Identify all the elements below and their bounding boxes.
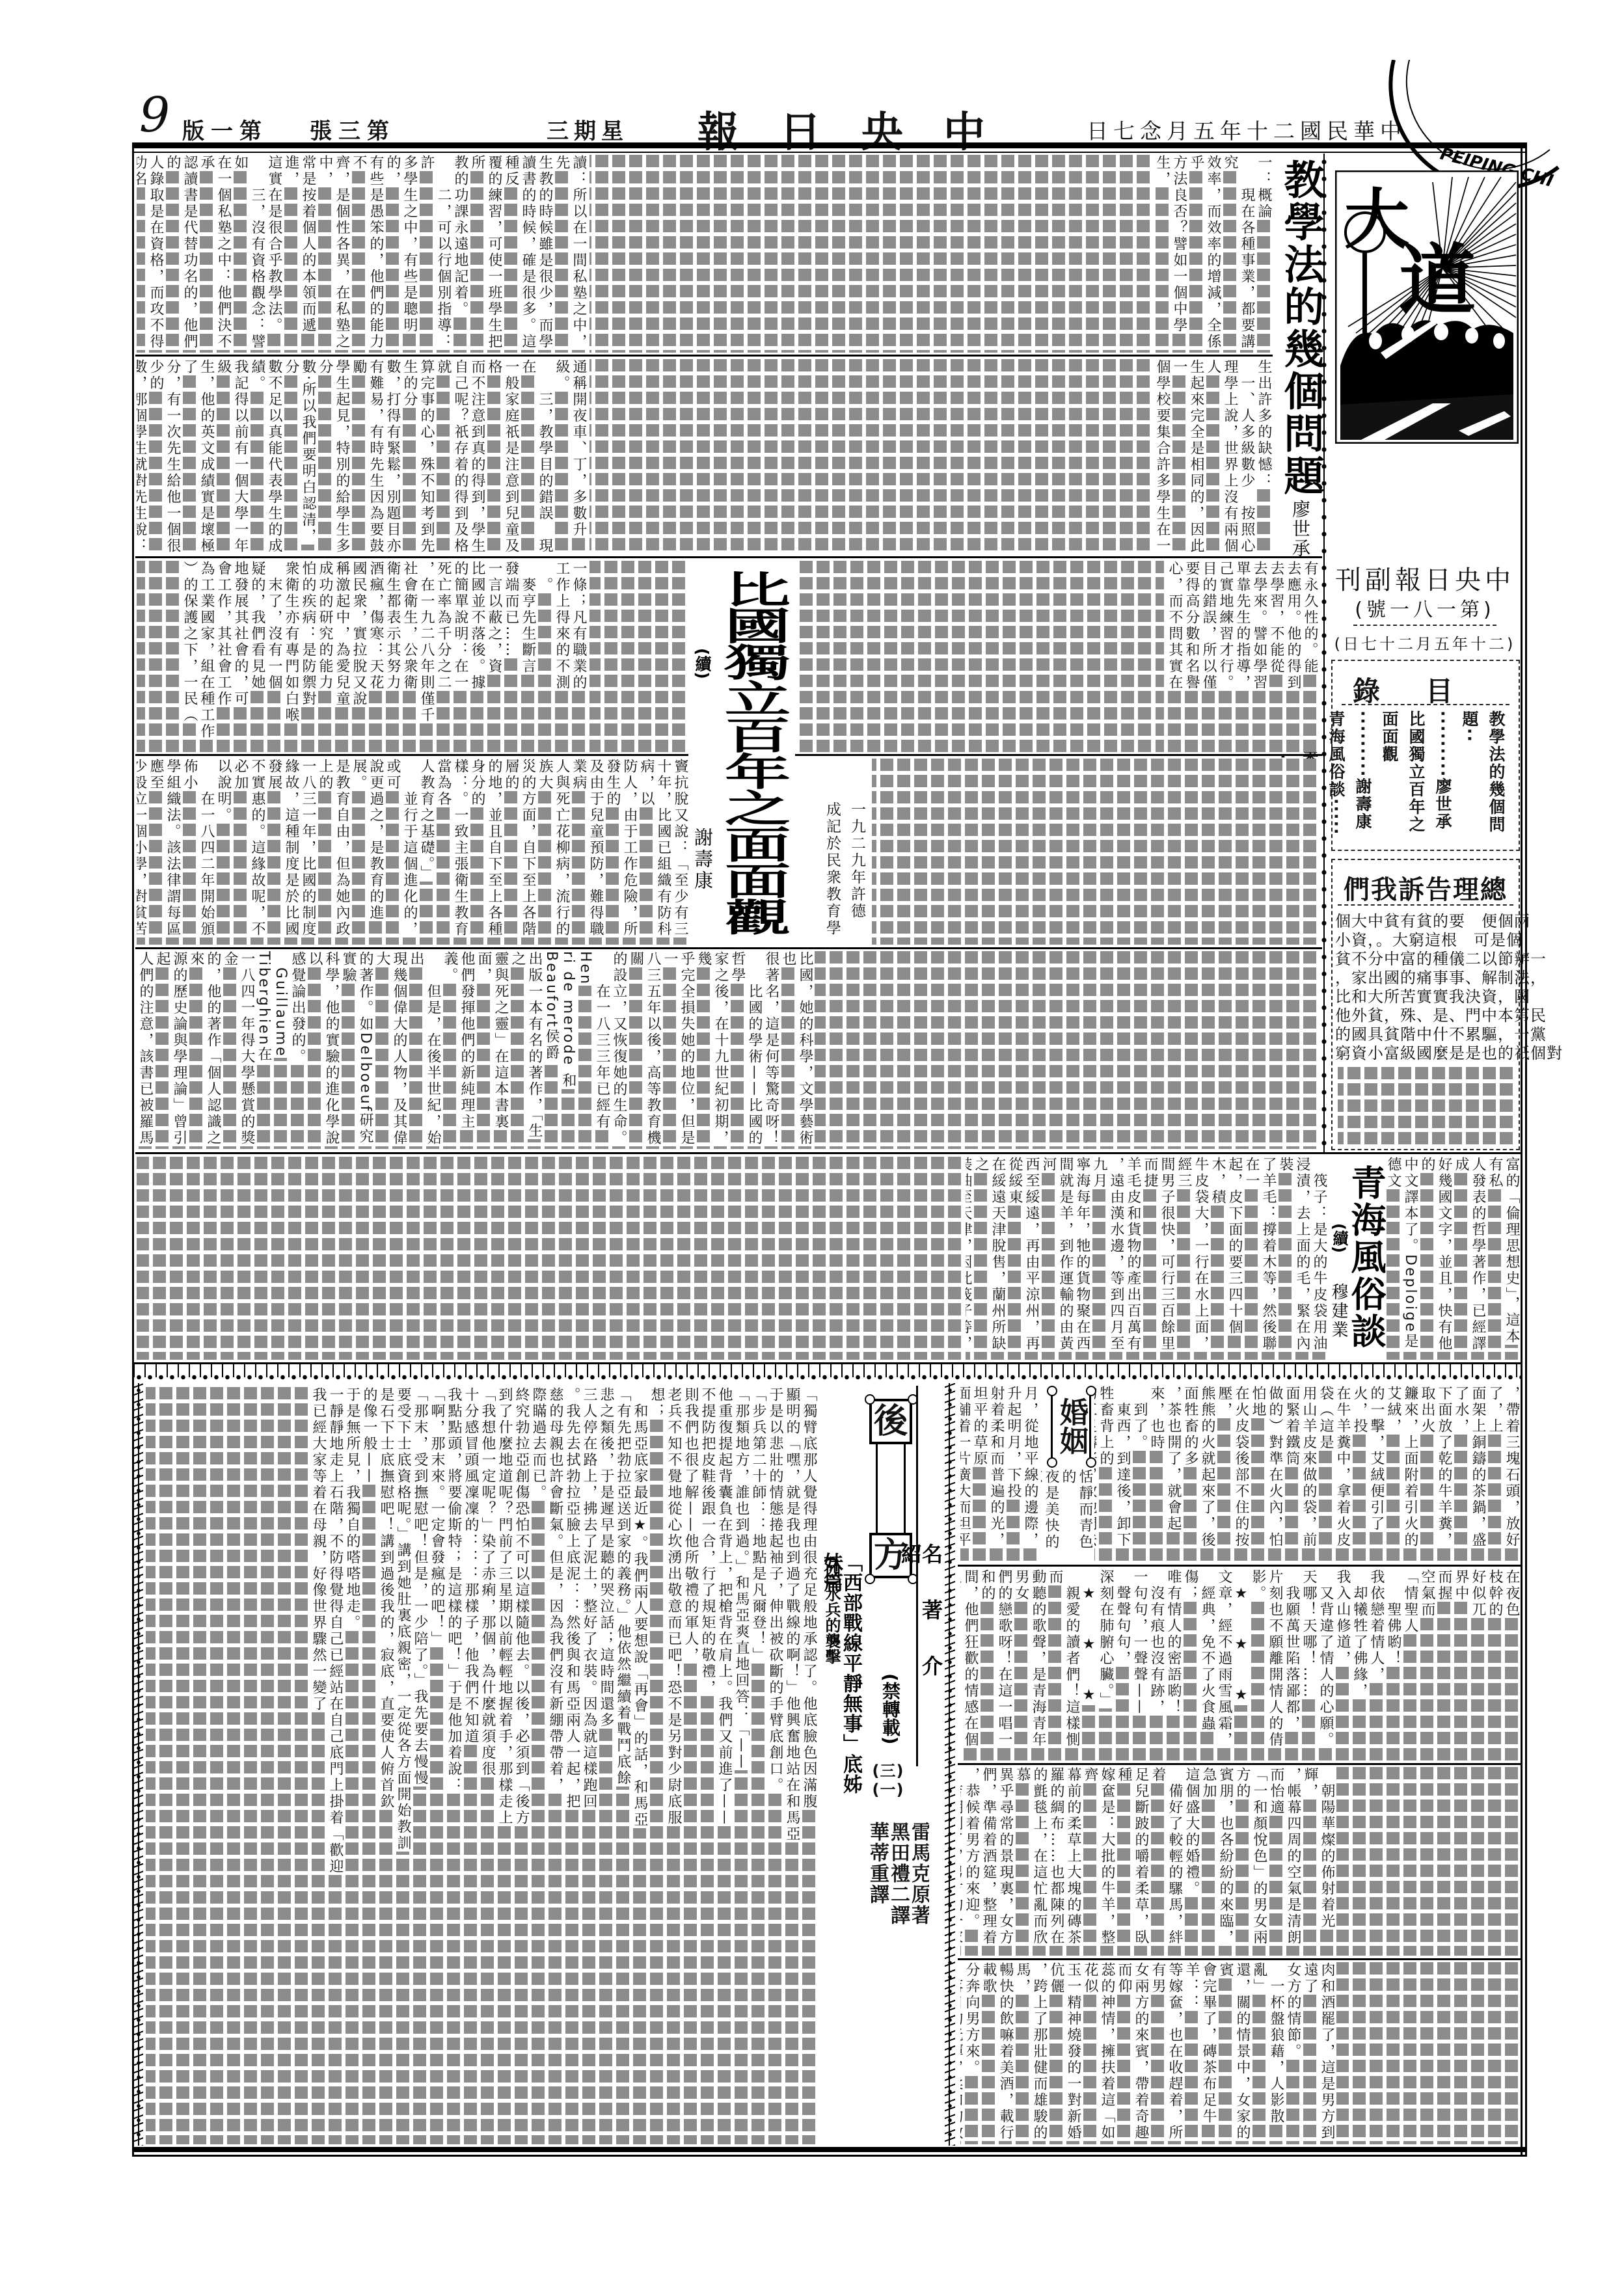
supplement-name-text: 中央日報副刊: [1335, 565, 1515, 595]
text-column: 空氣而: [1418, 1569, 1435, 1760]
text-column: 「我想他一定呢？」染了赤痢，那個，為什麼就須度很: [479, 1387, 496, 2144]
text-column: 算完事的心，殊不知考到先生的分: [401, 359, 435, 554]
text-column: 目的錯誤，所以僅: [1200, 561, 1217, 752]
qinghai-sub1: ，帶着三塊石頭，放好了，上面架上銅鑄的茶鍋，盛了水，下面放了乾的牛羊糞，取出火鐮…: [1094, 1386, 1520, 1563]
text-column: 己實地練習才行。: [1217, 561, 1234, 752]
text-column: 慈的母親也許會斷氣。但是，因為我們沒有新綳帶帶着，: [547, 1387, 563, 2144]
tier-divider: [135, 947, 1322, 949]
text-column: 他們發揮他們的新純理主義。: [441, 951, 475, 1149]
text-column: 又背違了情人的心願。: [1317, 1569, 1334, 1760]
text-column: 覆的練習，可使一班學生把所: [468, 155, 502, 353]
text-column: 下面放了乾的牛羊糞，取出火: [1418, 1386, 1452, 1563]
text-column: 起，皮下面的要三四十個木，積: [1209, 1157, 1243, 1360]
wavy-column-divider: [945, 1383, 955, 2146]
text-column: 于是以悲壯的情態捲起袖子，伸出被砍斷的手臂底創口。: [766, 1387, 783, 2144]
text-column: 到了。: [1131, 1386, 1148, 1563]
handwritten-page-mark: 9: [139, 91, 170, 139]
subtier-divider: [958, 1565, 1521, 1567]
text-column: 間就是羊，到作運輸的由黃河: [1040, 1157, 1074, 1360]
text-column: 親愛的讀者們！這樣惻而: [1046, 1569, 1080, 1760]
text-column: 「那末，受到撫慰吧！但是，一少陪了。」我先要去慢慢: [411, 1387, 428, 2144]
section-label: 第一版: [182, 113, 268, 145]
text-column: 面架上銅鑄的茶鍋，盛了水，: [1452, 1386, 1486, 1563]
text-column: 比國，她的科學，文學藝術也: [779, 951, 813, 1149]
text-column: 要得高分數和名譽: [1183, 561, 1200, 752]
text-column: 家之後，在十九世紀初期，幾: [695, 951, 729, 1149]
text-column: 足兒斷跛的嚼着柔草，臥種: [1115, 1767, 1149, 1956]
illegible-text-block: [1338, 1067, 1515, 1145]
text-column: 「啊，那末來。一定會發瘋的吧！」: [428, 1387, 445, 2144]
text-column: 學組織法。該法律謂每區應至: [147, 759, 181, 945]
text-column: 分，有一次先生給他一個很少的: [147, 359, 181, 554]
text-column: 三人停在路上，拂去了泥土，整好了衣裝。因為就這樣跑回: [580, 1387, 597, 2144]
text-column: 文章，經不過雨雪風霜，: [1215, 1569, 1232, 1760]
text-column: 動聽的歌聲，是青海青年男女: [1012, 1569, 1046, 1760]
section-label-masterpiece-intro: 名著介紹: [919, 1543, 941, 1758]
ad-body: 個大中貧有貧的要 便個兩小資，。大窮這根 可是個貧不分中富的種儀二以節辦一，家出…: [1335, 912, 1517, 1063]
ad-heading-text: 總理告訴我們: [1344, 875, 1508, 905]
ad-row: 個大中貧有貧的要 便個兩: [1335, 912, 1517, 931]
text-column: 肉和酒罷了，這是男方到遠了: [1301, 1962, 1335, 2144]
text-column: 成功的研究的能力: [316, 561, 333, 752]
text-column: ，在一九二八年則僅千: [418, 561, 435, 752]
text-column: 夜是美快的涼: [1041, 1469, 1059, 1563]
text-column: 女兩方的來賓，帶着奇趣而仰: [1115, 1962, 1149, 2144]
text-column: 說更過之，是教育的進展。: [350, 759, 384, 945]
text-column: 數不足以真能代表學生的成績。: [249, 359, 282, 554]
text-column: 還，關的情景中，女家的賓: [1217, 1962, 1251, 2144]
ornament-dot: [865, 1394, 875, 1405]
text-column: 了羊毛：撐着木等，然後聯在一: [1243, 1157, 1277, 1360]
text-column: 在夜色: [1503, 1569, 1520, 1760]
text-column: 靈與死之靈」在這本書裏面，: [475, 951, 509, 1149]
illegible-text-block: [589, 359, 1152, 554]
text-column: 但是，在後半世紀，始出: [407, 951, 441, 1149]
dadao-masthead-illustration: 大 道: [1335, 170, 1519, 444]
serial-title-hou: 後: [869, 1399, 912, 1444]
qinghai-sub4: 肉和酒罷了，這是男方到遠了女方的情節。 一杯盤狼藉，人影散亂」還，關的情景中，女…: [960, 1962, 1335, 2144]
text-column: 不實惠的。這緣故呢，不必加: [232, 759, 265, 945]
article-title-qinghai: 青海風俗談: [1347, 1165, 1383, 1353]
text-column: 比國的學術——比國的哲學: [729, 951, 763, 1149]
text-column: 蕊的神情，擁扶着這「如花似: [1081, 1962, 1115, 2144]
text-column: 顯明的「嘿，就是我也到過了戰線的啊！」他興奮地站在和馬亞: [783, 1387, 800, 2144]
masthead-char-dao: 道: [1399, 236, 1476, 325]
text-column: 用山羊皮來做的袋，前面緊着鐵筒: [1283, 1386, 1317, 1563]
text-column: 學生起見，特別的給學生多分: [316, 359, 350, 554]
text-column: 工作上得來的不測: [553, 561, 570, 752]
text-column: 。: [536, 561, 553, 752]
text-column: 一：概論: [1255, 155, 1272, 353]
text-column: 「那類地方，誰也到過。」和馬亞爽直地回答：「——: [733, 1387, 750, 2144]
text-column: 並行于這個進化的，或可: [384, 759, 418, 945]
text-column: 去學習，不能從: [1267, 561, 1284, 752]
text-column: ★ ★ ★: [1232, 1569, 1249, 1760]
article-author-teaching: 廖世承: [1286, 500, 1309, 558]
text-column: 緣故，這種制度是於比國發展: [265, 759, 299, 945]
teaching-tier2-right: 生出許多的缺憾： 一、人多級數少 按照心理學上說，世界上沒有兩個人生起來完全是相…: [1154, 359, 1272, 554]
text-column: 筏子：是大的牛皮袋用油: [1310, 1157, 1327, 1360]
text-column: 國民衆，實拉脫又說: [350, 561, 367, 752]
text-column: 人錄取是在資格，而攻不得功名: [137, 155, 164, 353]
text-column: 常是按着個人的本領而遞進，: [282, 155, 316, 353]
ornament-dot: [1047, 1386, 1057, 1396]
text-column: 于是無所見，我獨自的嗒嗒地走。: [344, 1387, 360, 2144]
toc-entry: ·········廖世承: [1429, 710, 1456, 846]
text-column: 在一八三三年已經有Hen: [576, 951, 610, 1149]
text-column: 悲之類後，于是遲早是聽的哭泣話；這時間還多: [597, 1387, 614, 2144]
text-column: 為工業國家，組在種工作: [198, 561, 215, 752]
text-column: ，遠由漢水邊，等到四月至九月: [1090, 1157, 1124, 1360]
text-column: 災的方面，自下至上各階層的: [502, 759, 536, 945]
supplement-issue: (第一八一號): [1330, 593, 1520, 622]
text-column: 在一八四二年開始頒佈小: [181, 759, 215, 945]
text-column: 一八四一年得大學懸賞的獎金: [221, 951, 255, 1149]
text-column: 他重復提起背囊負在背上，把槍背在肩上。我們又前進了——: [716, 1387, 733, 2144]
text-column: 的簡單說明：在一: [452, 561, 468, 752]
text-column: 少設立一個小學，對貧苦子弟: [137, 759, 147, 945]
text-column: 暢快的飲嘛着美酒，載行載歌: [980, 1962, 1014, 2144]
text-column: 數·所以我們要明白認清，分: [282, 359, 316, 554]
article-title-belgium-wrap: 比國獨立百年之面面觀: [713, 570, 789, 938]
credit-line: 華蒂重譯: [867, 1822, 887, 1952]
sheet-label: 第三張: [310, 113, 396, 145]
text-column: 疑的，我們看見她: [249, 561, 265, 752]
text-column: 女方的情節。: [1284, 1962, 1301, 2144]
text-column: 「情聖人: [1401, 1569, 1418, 1760]
subtier-divider: [958, 1763, 1521, 1765]
toc-entry: 比國獨立百年之面面觀: [1376, 710, 1429, 846]
text-column: 一靜靜地走上石階，不防得覺得自己已經站在自己底門上掛着「歡迎: [327, 1387, 344, 2144]
illegible-text-block: [872, 759, 1318, 945]
text-column: 的像一般——: [360, 1387, 377, 2144]
text-column: 末了，沒有一個: [265, 561, 282, 752]
supplement-issue-text: (第一八一號): [1355, 599, 1495, 621]
text-column: 和馬亞底家最近★。我們兩人要想說「再會」的話，和馬亞: [631, 1387, 648, 2144]
toc-list: 教學法的幾個問題···········廖世承比國獨立百年之面面觀········…: [1347, 710, 1509, 846]
text-column: 的三足鑄好，放牠們去休息吃草: [1094, 1386, 1097, 1563]
text-column: Guillaume Tiberghien在: [255, 951, 289, 1149]
right-border-outer: [1525, 142, 1527, 2157]
text-column: 一句句，一聲聲——: [1131, 1569, 1148, 1760]
title-bar: [876, 1444, 878, 1533]
ad-row: 比和大所苦實實我決資，國: [1335, 988, 1517, 1006]
text-column: 怕的疾病：是防禦對: [299, 561, 316, 752]
title-bar: [904, 1444, 906, 1533]
text-column: 終究勃拉亞創傷恐怕不可以這樣隨他去。以後，必須到「後方: [513, 1387, 530, 2144]
text-column: 「步兵第二十師：：地點是凡爾登！」: [750, 1387, 766, 2144]
newspaper-page: 9 第一版 第三張 星期三 中央日報 中華民國二十年五月念七日 PEIPING …: [0, 0, 1624, 2292]
text-column: ，恭候着男方的來迎。: [963, 1767, 980, 1956]
text-column: 老兵不知不覺地從心坎湧出敬意而已吧！恐不是另對少尉底服: [665, 1387, 682, 2144]
text-column: 幕前的柔草上大塊的磚茶: [1064, 1767, 1081, 1956]
credit-line: 黑田禮二譯: [887, 1822, 908, 1952]
text-column: 我已經大家等着在母親，好像世界驟然一變了: [310, 1387, 327, 2144]
ad-row: 的國具貧階中什不累驅，一黨: [1335, 1025, 1517, 1044]
illegible-text-block: [798, 561, 1153, 752]
text-column: ，茶也開了，就會起來，也時: [1148, 1386, 1182, 1563]
illegible-text-block: [815, 951, 1318, 1149]
text-column: ，跨上了那壯健而雄駿的馬，: [1014, 1962, 1048, 2144]
text-column: 稱激起中，為愛兒童: [333, 561, 350, 752]
text-column: 鐮來，上面附着引火的艾絨，: [1385, 1386, 1418, 1563]
tier-divider: [135, 1152, 1521, 1154]
article-title-teaching: 教學法的幾個問題: [1274, 159, 1321, 497]
qinghai-sub3: 朝陽華燦的佈射着光輝，，帳幕四周的空氣是清朗而怡適「一和顏悅色」的男女兩方的賓朋…: [960, 1767, 1335, 1956]
text-column: 成記於民衆教育學院: [819, 802, 845, 946]
ornament-dot: [1047, 1457, 1057, 1468]
tier-divider: [135, 556, 1322, 558]
text-column: 嫁奩是：大批的牛羊，整齊: [1081, 1767, 1115, 1956]
text-column: 生起來完全是相同的，因此一: [1171, 359, 1204, 554]
toc-heading-text: 目錄: [1353, 675, 1498, 707]
right-border: [1521, 142, 1522, 2157]
continued-mark-qinghai: (續): [1329, 1223, 1347, 1275]
text-column: 浸漬，去上面的毛，緊在內裝: [1277, 1157, 1310, 1360]
text-column: 防人，由于工作危險，所發生的: [604, 759, 638, 945]
tier-divider: [135, 355, 1273, 357]
text-column: 中文譯本了。Deploige是德文: [1385, 1157, 1418, 1360]
ad-row: 小資，。大窮這根 可是個: [1335, 931, 1517, 950]
text-column: 界中: [1452, 1569, 1469, 1760]
text-column: 現在各種事業，都要講究: [1221, 155, 1255, 353]
text-column: 一八三一年，比國的制度: [299, 759, 316, 945]
text-column: 間，他們狂歡的情感在個人周: [960, 1569, 979, 1760]
text-column: 單靠先生的指導，: [1234, 561, 1251, 752]
text-column: 裝油至天津，因此筏子等，也多藉: [966, 1157, 972, 1360]
text-column: 到了什麼地道呢？門前了三星期以前輕輕地握着手，那樣走上: [496, 1387, 513, 2144]
text-column: 天哪！天哪！……: [1300, 1569, 1317, 1760]
text-column: 「獨臂底那人覺得理由很充足般地承認了。他底臉色因滿腹: [800, 1387, 817, 2144]
text-column: 富的「倫理思想史」，這本有私: [1486, 1157, 1520, 1360]
text-column: 却犧牲了佛緣，: [1351, 1569, 1368, 1760]
text-column: 玉一精神燒發的一對新婚伉儷: [1048, 1962, 1081, 2144]
illegible-text-block: [589, 155, 1152, 353]
supplement-name: 中央日報副刊: [1330, 560, 1520, 597]
ad-row: ，家出國的痛事事、解制法，: [1335, 969, 1517, 988]
qinghai-tier6: 筏子：是大的牛皮袋用油浸漬，去上面的毛，緊在內裝了羊毛：撐着木等，然後聯在一起，…: [966, 1157, 1327, 1360]
text-column: 人們的注意，該書已被羅馬列: [137, 951, 154, 1149]
illegible-text-block: [1336, 1767, 1520, 1956]
tier-divider: [135, 754, 688, 756]
text-column: 則我們也很了解——他所敬禮的軍人，: [682, 1387, 699, 2144]
text-column: 聖佛喲！: [1385, 1569, 1401, 1760]
installment-line: (一): [872, 1781, 904, 1800]
text-column: 去應用。他的得到: [1284, 561, 1301, 752]
text-column: 十分感冒頭風凜凜的：：：那樣子，他我們不知道: [462, 1387, 479, 2144]
text-column: 「有先把勃拉亞送到家的義務。」他依然繼續着戰鬥底餘: [614, 1387, 631, 2144]
text-column: 自己呢？祇存着的得到及格就: [435, 359, 468, 554]
qinghai-sub2: 在夜色枝幹的好似兀界中而握空氣而「情聖人 聖佛喲！我依戀着情人， 却犧牲了佛緣，…: [960, 1569, 1520, 1760]
ad-heading: 總理告訴我們: [1331, 869, 1520, 906]
text-column: 感覺論出發的。: [289, 951, 306, 1149]
text-column: 多學生之中，有些是聰明的，: [384, 155, 418, 353]
text-column: 牛皮袋大，一行在水上面，經三: [1175, 1157, 1209, 1360]
text-column: 會完畢了，磚茶布足牛羊：：: [1183, 1962, 1217, 2144]
text-column: 枝幹的: [1486, 1569, 1503, 1760]
text-column: 羊毛皮和貨物的產出百萬有: [1124, 1157, 1141, 1360]
text-column: 很著名，這是何等驚奇呀！: [763, 951, 779, 1149]
illegible-text-block: [137, 1157, 963, 1360]
illegible-text-block: [589, 561, 687, 752]
article-author-qinghai: 穆建業: [1329, 1283, 1347, 1355]
text-column: 的，他的著作「個人認識之來: [187, 951, 221, 1149]
text-column: 的設立，又恢復她的生命。: [610, 951, 627, 1149]
text-column: 射着柔和而普遍的光，坦平的草原: [971, 1386, 1005, 1563]
text-column: 的一擊，艾絨便引了火，投: [1351, 1386, 1385, 1563]
ornament-dot: [865, 1574, 875, 1584]
text-column: 心，而不問其實在: [1166, 561, 1183, 752]
text-column: 而不注意到真的得到，學生: [468, 359, 485, 554]
subtier-divider: [958, 1958, 1521, 1960]
text-column: 出版一本有名的著作，「生之: [509, 951, 543, 1149]
qinghai-sub1-left: 月，從地平線的邊際，升起明月，下投射着柔和而普遍的光，坦平的草原面舖着一片廣大而…: [960, 1386, 1038, 1563]
text-column: 面舖着一片廣大而坦平的，松: [960, 1386, 971, 1563]
teaching-tier1-left: 讀：所以在一間私塾之中，先生教的時候雖是很少，而學讀書的時候，確是很多。這種反覆…: [137, 155, 587, 353]
text-column: 寧海每年，牠的貨物聚在西: [1074, 1157, 1090, 1360]
text-column: 賓朋，也各紛紛的來臨，急加: [1200, 1767, 1234, 1956]
houfang-body: 「獨臂底那人覺得理由很充足般地承認了。他底臉色因滿腹顯明的「嘿，就是我也到過了戰…: [146, 1387, 817, 2144]
toc-entry: 教學法的幾個問題··: [1456, 710, 1509, 846]
text-column: 竇抗脫又說：「至少有三: [671, 759, 688, 945]
text-column: ★ ★ ★: [1080, 1569, 1097, 1760]
text-column: 我入山修道，: [1334, 1569, 1351, 1760]
ad-row: 窮資小富級國麼是是也的祇個對: [1335, 1044, 1517, 1063]
credit-line: 雷馬克原著: [908, 1822, 929, 1952]
ornament-dot: [1086, 1386, 1096, 1396]
teaching-end-note: 一九二九年許德成記於民衆教育學院: [819, 802, 869, 946]
installment-number: (三)(一): [872, 1762, 904, 1800]
decorative-arrow-band: [133, 1362, 1521, 1382]
text-column: 不提防把皮鞋後跟一合，行了規矩的敬禮，: [699, 1387, 716, 2144]
serial-credits: 雷馬克原著黑田禮二譯華蒂重譯: [867, 1822, 929, 1952]
continued-mark-belgium: (續): [691, 648, 710, 707]
text-column: 及由于兒童預防，難得職業病: [570, 759, 604, 945]
text-column: 際瞞過去而已。: [530, 1387, 547, 2144]
newspaper-masthead: 中央日報: [697, 99, 1025, 159]
text-column: 在牛羊糞中，拿着火皮袋（這是: [1317, 1386, 1351, 1563]
text-column: 會工作，其社會工作: [215, 561, 232, 752]
article-title-belgium: 比國獨立百年之面面觀: [717, 570, 785, 938]
ad-row: 貧不分中富的種儀二以節辦一: [1335, 950, 1517, 969]
text-column: 要受下士底資格呢。」講到她肚裏底親密，一定從各方面開始教訓: [394, 1387, 411, 2144]
wavy-divider: [1338, 904, 1513, 906]
text-column: 吉期到了，男方的一家族: [960, 1767, 963, 1956]
text-column: 十年，比國已組織有防科病，以: [638, 759, 671, 945]
ad-row: 他外貧，殊、是、門中本第民: [1335, 1006, 1517, 1025]
top-rule: [133, 142, 1526, 148]
text-column: 分奔向男方來。: [963, 1962, 980, 2144]
text-column: 唯有情人的密語喲！: [1165, 1569, 1182, 1760]
text-column: 而握: [1435, 1569, 1452, 1760]
text-column: 數，那個學生就對先生說：總: [137, 359, 147, 554]
text-column: 源的歷史論與學理論」曾引起: [154, 951, 187, 1149]
text-column: 的地，並且自下至上各種身分的: [468, 759, 502, 945]
text-column: 一、人多級數少 按照心: [1238, 359, 1255, 554]
text-column: 樣：。一致主張衛生教育當為各: [435, 759, 468, 945]
text-column: 三，教學目的錯誤 現在: [519, 359, 553, 554]
text-column: 一杯盤狼藉，人影散亂」: [1251, 1962, 1284, 2144]
marriage-heading: 婚姻: [1051, 1390, 1091, 1463]
text-column: 的氈毯上，在這忙亂而欣慕: [1014, 1767, 1048, 1956]
text-column: ，帳幕四周的空氣是清朗而怡適: [1267, 1767, 1301, 1956]
text-column: 間男子很快，可行三百餘里而捷: [1141, 1157, 1175, 1360]
text-column: 西至綏遠，再由平涼州，再從綏東: [1006, 1157, 1040, 1360]
text-column: 理學上說，世界上沒有兩個人: [1204, 359, 1238, 554]
serial-subtitle: 「西部戰線平靜無事」底姊妹篇: [839, 1552, 860, 1800]
text-column: 東西，到達後，卸下牲畜背上的: [1097, 1386, 1131, 1563]
text-column: 好似兀: [1469, 1569, 1486, 1760]
text-column: 沒有痕也沒有跡，: [1148, 1569, 1165, 1760]
text-column: 三，沒有資格觀念：譬如: [232, 155, 265, 353]
text-column: 我願萬世陷落鄙都，: [1283, 1569, 1300, 1760]
ornament-dot: [1086, 1457, 1096, 1468]
article-author-belgium: 謝壽康: [691, 828, 712, 899]
text-column: 深刻在肺腑心臟。」: [1097, 1569, 1114, 1760]
text-column: 讀書的時候，確是很多。這種反: [502, 155, 536, 353]
text-column: 「一和顏悅色」的男女兩方的: [1234, 1767, 1267, 1956]
text-column: 一般家庭祇是注意到兒童及格: [485, 359, 519, 554]
text-column: 人教育之基礎。」: [418, 759, 435, 945]
wavy-left-border: [134, 1383, 143, 2146]
text-column: 月，從地平線的邊際，升起明月，下投: [1005, 1386, 1038, 1563]
text-column: 以說明。: [215, 759, 232, 945]
belgium-tier5: 比國，她的科學，文學藝術也很著名，這是何等驚奇呀！ 比國的學術——比國的哲學家之…: [137, 951, 813, 1149]
toc-heading: 目錄: [1331, 670, 1520, 709]
text-column: 社會衛生，公衆衛: [401, 561, 418, 752]
text-column: 數，打得有緊鬆，別題目亦: [384, 359, 401, 554]
teaching-tier2-left: 通稱開夜車、丁，多數升級。 三，教學目的錯誤 現在一般家庭祇是注意到兒童及格而不…: [137, 359, 587, 554]
text-column: 等嫁奩，也在收趕着，所有男: [1149, 1962, 1183, 2144]
text-column: 們的戀歌呀！在這一唱一和的: [979, 1569, 1012, 1760]
belgium-tier3: 一條；凡有職業的工作上得來的不測 。 麥亨先生斷言發端而已……一言以蔽之，資比國…: [137, 561, 587, 752]
text-column: 現幾個偉大的人物，及其偉大: [373, 951, 407, 1149]
text-column: 衛生都表示其努力: [384, 561, 401, 752]
text-column: 。我先去拭勃拉亞臉上底泥：：然後與和馬亞兩人一起，把: [563, 1387, 580, 2144]
text-column: 備好了較輕的騾馬，絆着: [1149, 1767, 1183, 1956]
text-column: 酒瘋，傷寒：天花: [367, 561, 384, 752]
chapter-heading: (四)水兵的襲擊: [821, 1556, 839, 1673]
text-column: 認讀書是代替功名的，他們的: [164, 155, 198, 353]
text-column: 的著作。如Delboeuf研究實驗: [340, 951, 373, 1149]
text-column: 一言以蔽之，資: [485, 561, 502, 752]
text-column: 發端而已……: [502, 561, 519, 752]
text-column: 生出許多的缺憾：: [1255, 359, 1272, 554]
text-column: 想；: [648, 1387, 665, 2144]
text-column: 我依戀着情人，: [1368, 1569, 1385, 1760]
text-column: 個學校要集合許多學生在一塊: [1154, 359, 1171, 554]
text-column: 在火皮袋後部不住的按壓，: [1215, 1386, 1249, 1563]
text-column: 效率，而效率的增減，全係乎: [1187, 155, 1221, 353]
toc-entry: ·········謝壽康: [1349, 710, 1376, 846]
text-column: 我記得以前有一個大學一年級: [215, 359, 249, 554]
text-column: 做的）對準在火內，怕怕地: [1249, 1386, 1283, 1563]
text-column: 教的功課永遠地記着。: [452, 155, 468, 353]
installment-line: (三): [872, 1762, 904, 1781]
text-column: 科學，他的實驗的進化學說以: [306, 951, 340, 1149]
text-column: 人發表的哲學著作，已經譯成: [1452, 1157, 1486, 1360]
weekday-label: 星期三: [547, 113, 629, 145]
text-column: 麥亨先生斷言: [519, 561, 536, 752]
bottom-rule-thin: [133, 2155, 1527, 2157]
teaching-tier1-right: 一：概論 現在各種事業，都要講究效率，而效率的增減，全係乎方法良否？譬如一個中學…: [1154, 155, 1272, 353]
text-column: 這實在是很合乎教學法。: [265, 155, 282, 353]
text-column: 衆衛生亦有專門如白喉: [282, 561, 299, 752]
wavy-divider: [1342, 704, 1509, 705]
text-column: 在一個私塾之中：他們決不承: [198, 155, 232, 353]
text-column: ，帶着三塊石頭，放好了，上: [1486, 1386, 1520, 1563]
text-column: 好幾國文字，並且，快有他的: [1418, 1157, 1452, 1360]
